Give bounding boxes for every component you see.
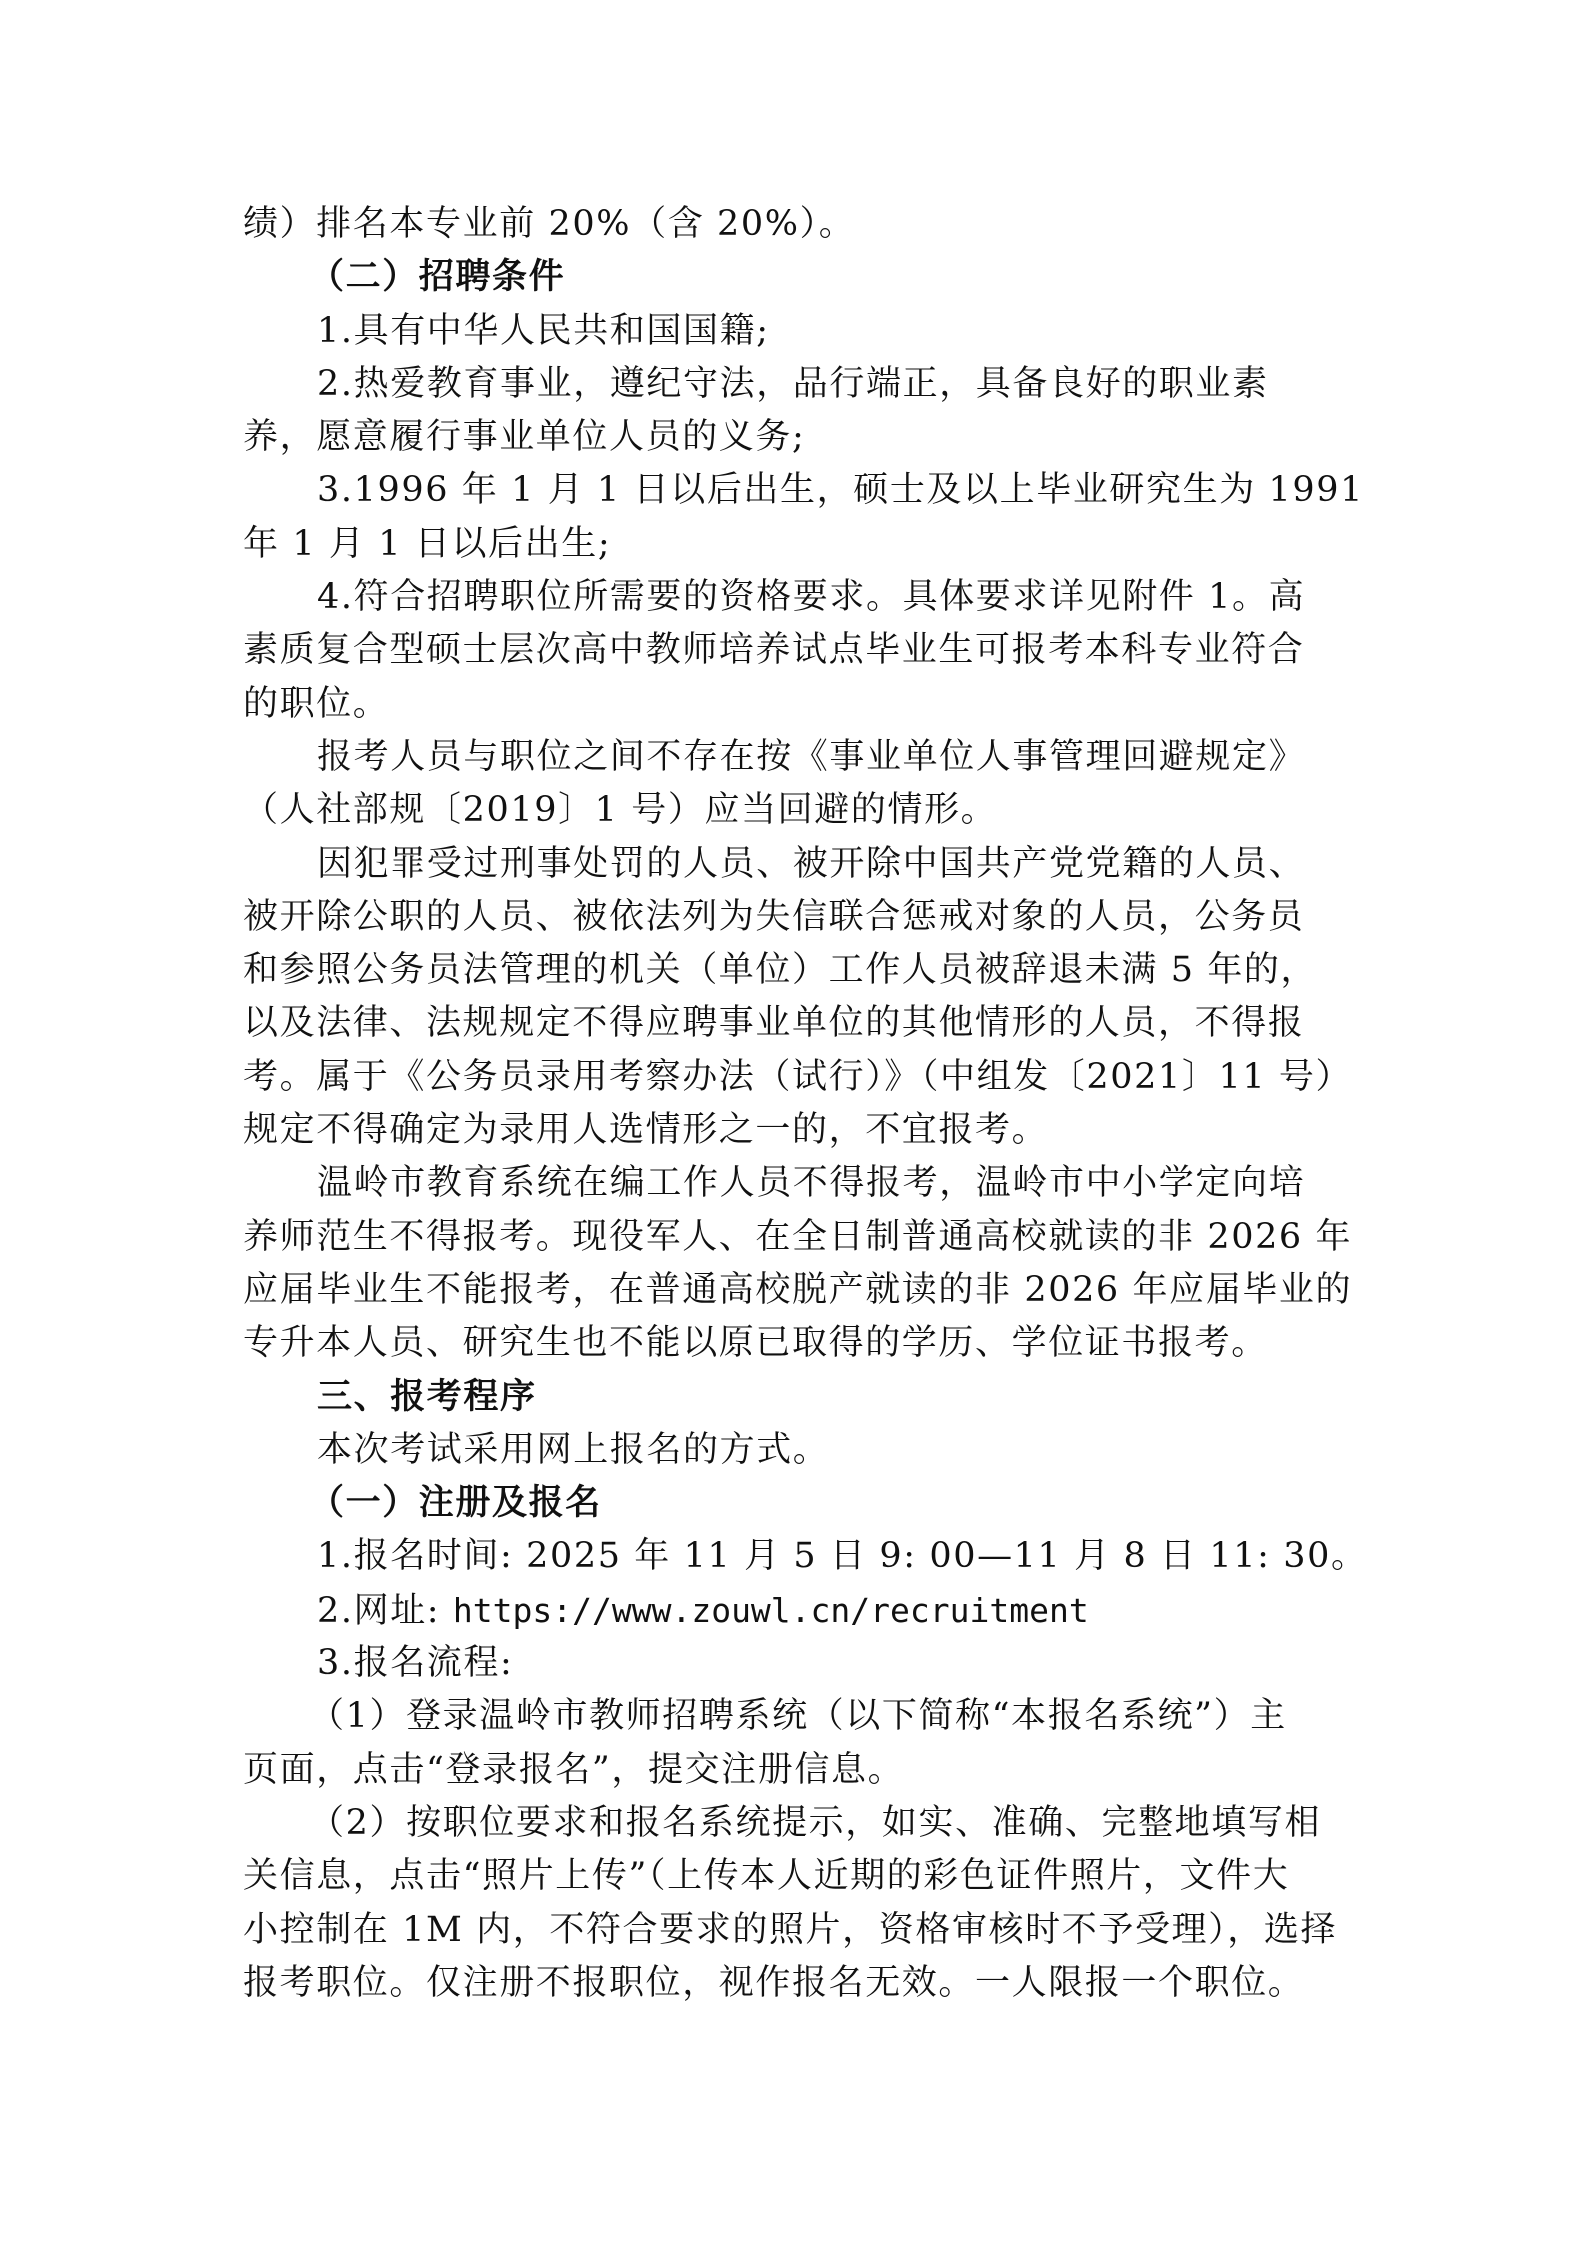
website-label: 2.网址: <box>317 1591 453 1631</box>
process-step-2: （2）按职位要求和报名系统提示，如实、准确、完整地填写相 <box>243 1797 1328 1850</box>
section-heading-recruitment-conditions: （二）招聘条件 <box>243 251 1328 304</box>
condition-item-3: 3.1996 年 1 月 1 日以后出生，硕士及以上毕业研究生为 1991 <box>243 464 1328 517</box>
paragraph-avoidance: 报考人员与职位之间不存在按《事业单位人事管理回避规定》 <box>243 731 1328 784</box>
condition-item-4: 4.符合招聘职位所需要的资格要求。具体要求详见附件 1。高 <box>243 571 1328 624</box>
paragraph-line: 小控制在 1M 内，不符合要求的照片，资格审核时不予受理），选择 <box>243 1904 1328 1957</box>
paragraph-line: 养师范生不得报考。现役军人、在全日制普通高校就读的非 2026 年 <box>243 1211 1328 1264</box>
paragraph-line: 素质复合型硕士层次高中教师培养试点毕业生可报考本科专业符合 <box>243 624 1328 677</box>
paragraph-line: 专升本人员、研究生也不能以原已取得的学历、学位证书报考。 <box>243 1317 1328 1370</box>
section-heading-registration: （一）注册及报名 <box>243 1477 1328 1530</box>
condition-item-1: 1.具有中华人民共和国国籍; <box>243 305 1328 358</box>
registration-time: 1.报名时间: 2025 年 11 月 5 日 9: 00—11 月 8 日 1… <box>243 1530 1328 1583</box>
paragraph-line: 绩）排名本专业前 20%（含 20%）。 <box>243 198 1328 251</box>
recruitment-url-link[interactable]: https://www.zouwl.cn/recruitment <box>453 1591 1089 1630</box>
paragraph-disqualifications: 因犯罪受过刑事处罚的人员、被开除中国共产党党籍的人员、 <box>243 838 1328 891</box>
process-step-1: （1）登录温岭市教师招聘系统（以下简称“本报名系统”）主 <box>243 1690 1328 1743</box>
registration-process-label: 3.报名流程: <box>243 1637 1328 1690</box>
paragraph-line: 页面，点击“登录报名”，提交注册信息。 <box>243 1744 1328 1797</box>
paragraph-line: 的职位。 <box>243 678 1328 731</box>
paragraph-line: 和参照公务员法管理的机关（单位）工作人员被辞退未满 5 年的， <box>243 944 1328 997</box>
paragraph-line: 关信息，点击“照片上传”（上传本人近期的彩色证件照片，文件大 <box>243 1850 1328 1903</box>
paragraph-line: 考。属于《公务员录用考察办法（试行）》（中组发〔2021〕11 号） <box>243 1051 1328 1104</box>
paragraph-line: （人社部规〔2019〕1 号）应当回避的情形。 <box>243 784 1328 837</box>
condition-item-2: 2.热爱教育事业，遵纪守法，品行端正，具备良好的职业素 <box>243 358 1328 411</box>
registration-website: 2.网址: https://www.zouwl.cn/recruitment <box>243 1584 1328 1637</box>
paragraph-online-registration: 本次考试采用网上报名的方式。 <box>243 1424 1328 1477</box>
paragraph-line: 规定不得确定为录用人选情形之一的，不宜报考。 <box>243 1104 1328 1157</box>
paragraph-line: 应届毕业生不能报考，在普通高校脱产就读的非 2026 年应届毕业的 <box>243 1264 1328 1317</box>
paragraph-line: 以及法律、法规规定不得应聘事业单位的其他情形的人员，不得报 <box>243 997 1328 1050</box>
paragraph-line: 养，愿意履行事业单位人员的义务; <box>243 411 1328 464</box>
document-page: 绩）排名本专业前 20%（含 20%）。 （二）招聘条件 1.具有中华人民共和国… <box>243 198 1328 2010</box>
paragraph-line: 年 1 月 1 日以后出生; <box>243 518 1328 571</box>
paragraph-line: 报考职位。仅注册不报职位，视作报名无效。一人限报一个职位。 <box>243 1957 1328 2010</box>
section-heading-application-procedure: 三、报考程序 <box>243 1371 1328 1424</box>
paragraph-wenling-restrictions: 温岭市教育系统在编工作人员不得报考，温岭市中小学定向培 <box>243 1157 1328 1210</box>
paragraph-line: 被开除公职的人员、被依法列为失信联合惩戒对象的人员，公务员 <box>243 891 1328 944</box>
